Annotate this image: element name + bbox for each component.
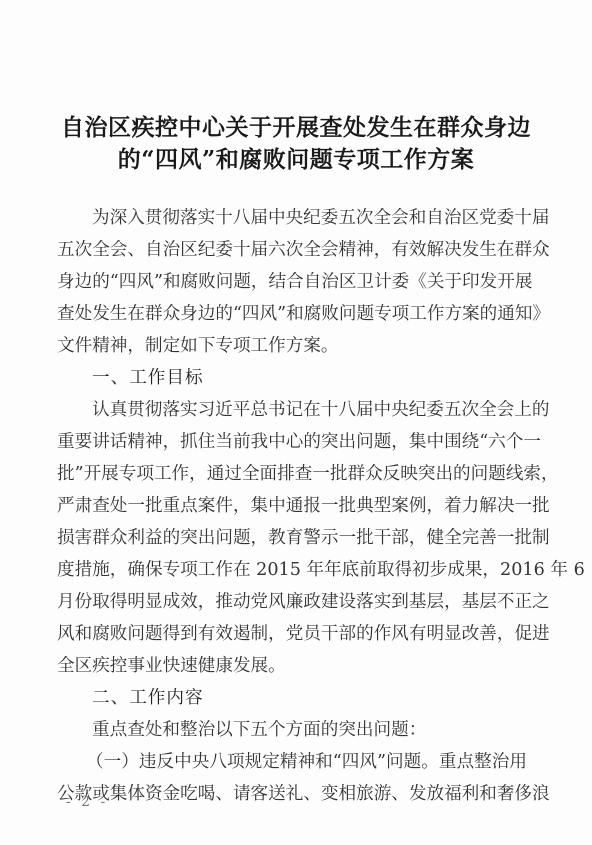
document-page: 自治区疾控中心关于开展查处发生在群众身边 的“四风”和腐败问题专项工作方案 为深…	[0, 0, 592, 845]
content-paragraph-line: 公款或集体资金吃喝、请客送礼、变相旅游、发放福利和奢侈浪	[57, 778, 527, 810]
page-number: - 2 -	[66, 794, 108, 810]
goals-paragraph-line: 重要讲话精神，抓住当前我中心的突出问题，集中围绕“六个一	[57, 426, 527, 458]
goals-paragraph-line: 损害群众利益的突出问题，教育警示一批干部，健全完善一批制	[57, 522, 527, 554]
goals-paragraph-line: 度措施，确保专项工作在 2015 年年底前取得初步成果，2016 年 6	[57, 554, 527, 586]
intro-paragraph-line: 身边的“四风”和腐败问题，结合自治区卫计委《关于印发开展	[57, 266, 527, 298]
document-title-line-1: 自治区疾控中心关于开展查处发生在群众身边	[40, 112, 552, 144]
intro-paragraph-line: 查处发生在群众身边的“四风”和腐败问题专项工作方案的通知》	[57, 298, 527, 330]
content-paragraph-line: 重点查处和整治以下五个方面的突出问题：	[92, 714, 527, 746]
goals-paragraph-line: 月份取得明显成效，推动党风廉政建设落实到基层，基层不正之	[57, 586, 527, 618]
intro-paragraph-line: 为深入贯彻落实十八届中央纪委五次全会和自治区党委十届	[92, 202, 527, 234]
section-heading-goals: 一、工作目标	[92, 362, 204, 394]
document-title-line-2: 的“四风”和腐败问题专项工作方案	[40, 144, 552, 176]
goals-paragraph-line: 严肃查处一批重点案件，集中通报一批典型案例，着力解决一批	[57, 490, 527, 522]
goals-paragraph-line: 全区疾控事业快速健康发展。	[57, 650, 527, 682]
intro-paragraph-line: 五次全会、自治区纪委十届六次全会精神，有效解决发生在群众	[57, 234, 527, 266]
section-heading-content: 二、工作内容	[92, 682, 204, 714]
intro-paragraph-line: 文件精神，制定如下专项工作方案。	[57, 330, 527, 362]
goals-paragraph-line: 批”开展专项工作，通过全面排查一批群众反映突出的问题线索，	[57, 458, 527, 490]
goals-paragraph-line: 风和腐败问题得到有效遏制，党员干部的作风有明显改善，促进	[57, 618, 527, 650]
goals-paragraph-line: 认真贯彻落实习近平总书记在十八届中央纪委五次全会上的	[92, 394, 527, 426]
content-paragraph-line: （一）违反中央八项规定精神和“四风”问题。重点整治用	[86, 746, 527, 778]
